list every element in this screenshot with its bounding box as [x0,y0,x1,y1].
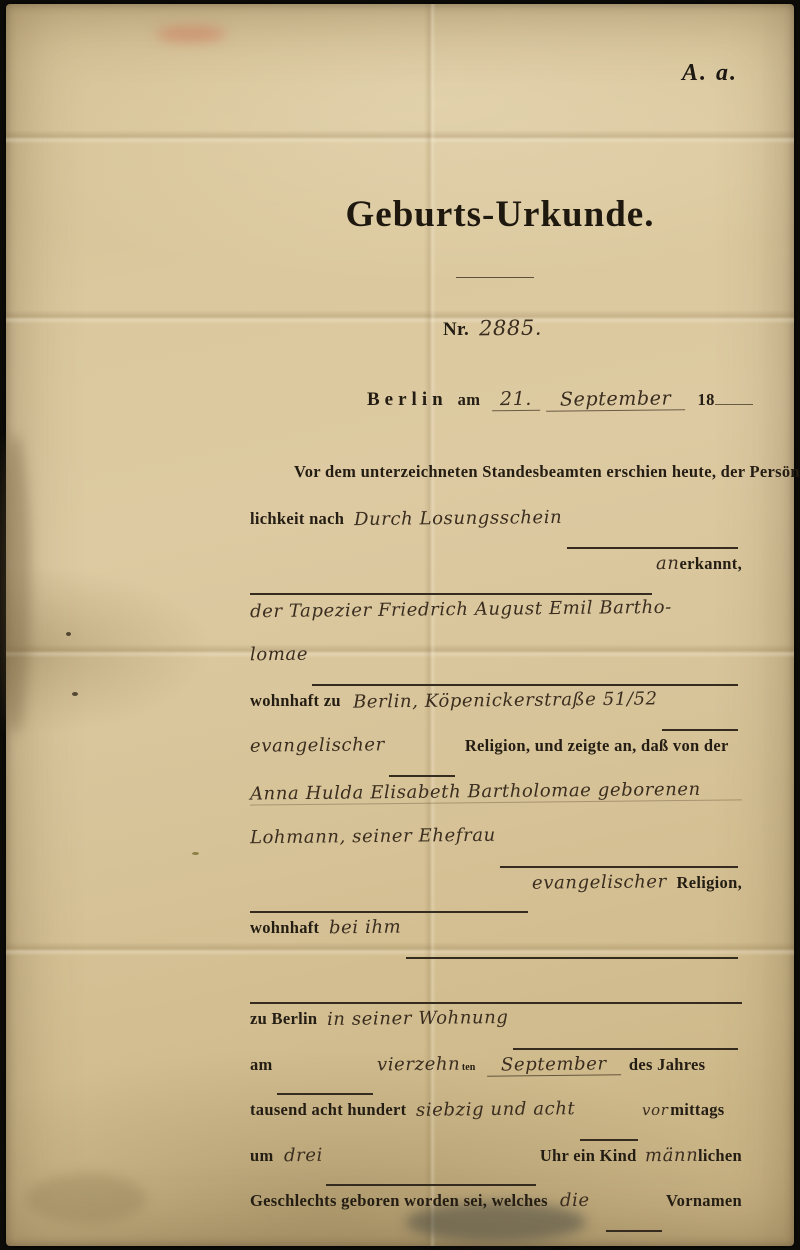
blank-rule [606,1229,662,1232]
blank-rule [513,1047,738,1050]
form-body: Vor dem unterzeichneten Standesbeamten e… [250,462,742,1236]
blank-rule [326,1183,535,1186]
form-line: lichkeit nach Durch Losungsschein [250,508,742,554]
handwritten-text: in seiner Wohnung [327,1007,509,1030]
handwritten-text: bei ihm [329,917,401,939]
form-line: lomae [250,644,742,690]
handwritten-text: lomae [250,644,308,666]
edge-shadow [0,434,30,734]
printed-text: Uhr ein Kind [540,1146,637,1166]
printed-text: zu Berlin [250,1009,317,1029]
printed-superscript: ten [462,1062,475,1073]
form-line: Anna Hulda Elisabeth Bartholomae geboren… [250,781,742,827]
form-line: evangelischer Religion, und zeigte an, d… [250,735,742,781]
city-label: Berlin [367,389,448,411]
handwritten-text: die [560,1190,590,1211]
document-title: Geburts-Urkunde. [250,193,750,236]
blank-rule [406,956,738,959]
handwritten-text: Anna Hulda Elisabeth Bartholomae geboren… [250,778,742,805]
month-handwritten: September [546,387,685,411]
day-handwritten: 21. [492,388,540,412]
handwritten-text: männ [645,1144,699,1166]
handwritten-text: siebzig und acht [416,1098,576,1121]
certificate-number: Nr. 2885. [443,316,542,341]
ink-speck [192,852,199,855]
printed-text: wohnhaft [250,918,319,938]
edge-stain [26,1174,146,1224]
form-line: wohnhaft bei ihm [250,917,742,963]
handwritten-text: Durch Losungsschein [354,506,563,529]
form-line: an erkannt, [250,553,742,599]
form-line [250,963,742,1009]
form-line: zu Berlin in seiner Wohnung [250,1008,742,1054]
ink-speck [66,632,71,636]
blank-rule [567,546,738,549]
handwritten-text: Lohmann, seiner Ehefrau [250,825,496,849]
ink-speck [72,692,78,696]
form-line: evangelischer Religion, [250,872,742,918]
blank-rule [312,683,738,686]
printed-text: Vor dem unterzeichneten Standesbeamten e… [294,462,800,482]
handwritten-text: der Tapezier Friedrich August Emil Barth… [250,596,672,621]
form-line: tausend acht hundert siebzig und acht vo… [250,1099,742,1145]
printed-text: tausend acht hundert [250,1100,406,1120]
printed-text: Religion, [677,873,743,893]
printed-text: am [250,1055,273,1075]
red-stain [156,26,226,42]
number-value: 2885. [479,316,542,341]
place-date-line: Berlin am 21. September 18 [367,388,753,411]
blank-rule [500,865,738,868]
printed-text: des Jahres [629,1055,706,1075]
blank-rule [250,592,652,595]
handwritten-text: Berlin, Köpenickerstraße 51/52 [353,688,658,712]
title-divider [456,277,534,278]
handwritten-text: an [656,553,680,574]
printed-text: erkannt, [680,554,742,574]
form-line: wohnhaft zu Berlin, Köpenickerstraße 51/… [250,690,742,736]
file-reference-mark: A. a. [682,60,738,87]
form-line: der Tapezier Friedrich August Emil Barth… [250,599,742,645]
form-line: am vierzehn ten September des Jahres [250,1054,742,1100]
handwritten-text: drei [283,1144,322,1165]
printed-text: Vornamen [666,1191,742,1211]
am-label: am [458,390,481,410]
handwritten-text: evangelischer [250,734,385,756]
printed-text: Geschlechts geboren worden sei, welches [250,1191,548,1211]
handwritten-text: evangelischer [532,871,667,893]
blank-rule [389,774,455,777]
printed-text: mittags [670,1100,724,1120]
number-label: Nr. [443,319,469,341]
blank-rule [250,910,528,913]
handwritten-text: September [487,1053,621,1076]
form-line: Geschlechts geboren worden sei, welches … [250,1190,742,1236]
printed-text: lichen [698,1146,742,1166]
year-blank [715,404,753,405]
printed-text: wohnhaft zu [250,691,341,711]
form-line: Vor dem unterzeichneten Standesbeamten e… [250,462,742,508]
handwritten-text: vierzehn [377,1053,461,1075]
printed-text: lichkeit nach [250,509,344,529]
scanned-birth-certificate: A. a. Geburts-Urkunde. Nr. 2885. Berlin … [0,0,800,1250]
handwritten-text: vor [642,1101,669,1119]
blank-rule [662,728,738,731]
blank-rule [277,1092,373,1095]
printed-text: um [250,1146,274,1166]
form-line: um drei Uhr ein Kind männ lichen [250,1145,742,1191]
form-line: Lohmann, seiner Ehefrau [250,826,742,872]
fold-crease [6,310,794,324]
blank-rule [580,1138,638,1141]
year-prefix: 18 [698,390,715,410]
blank-rule [250,1001,742,1004]
printed-text: Religion, und zeigte an, daß von der [465,736,729,756]
fold-crease [6,130,794,144]
